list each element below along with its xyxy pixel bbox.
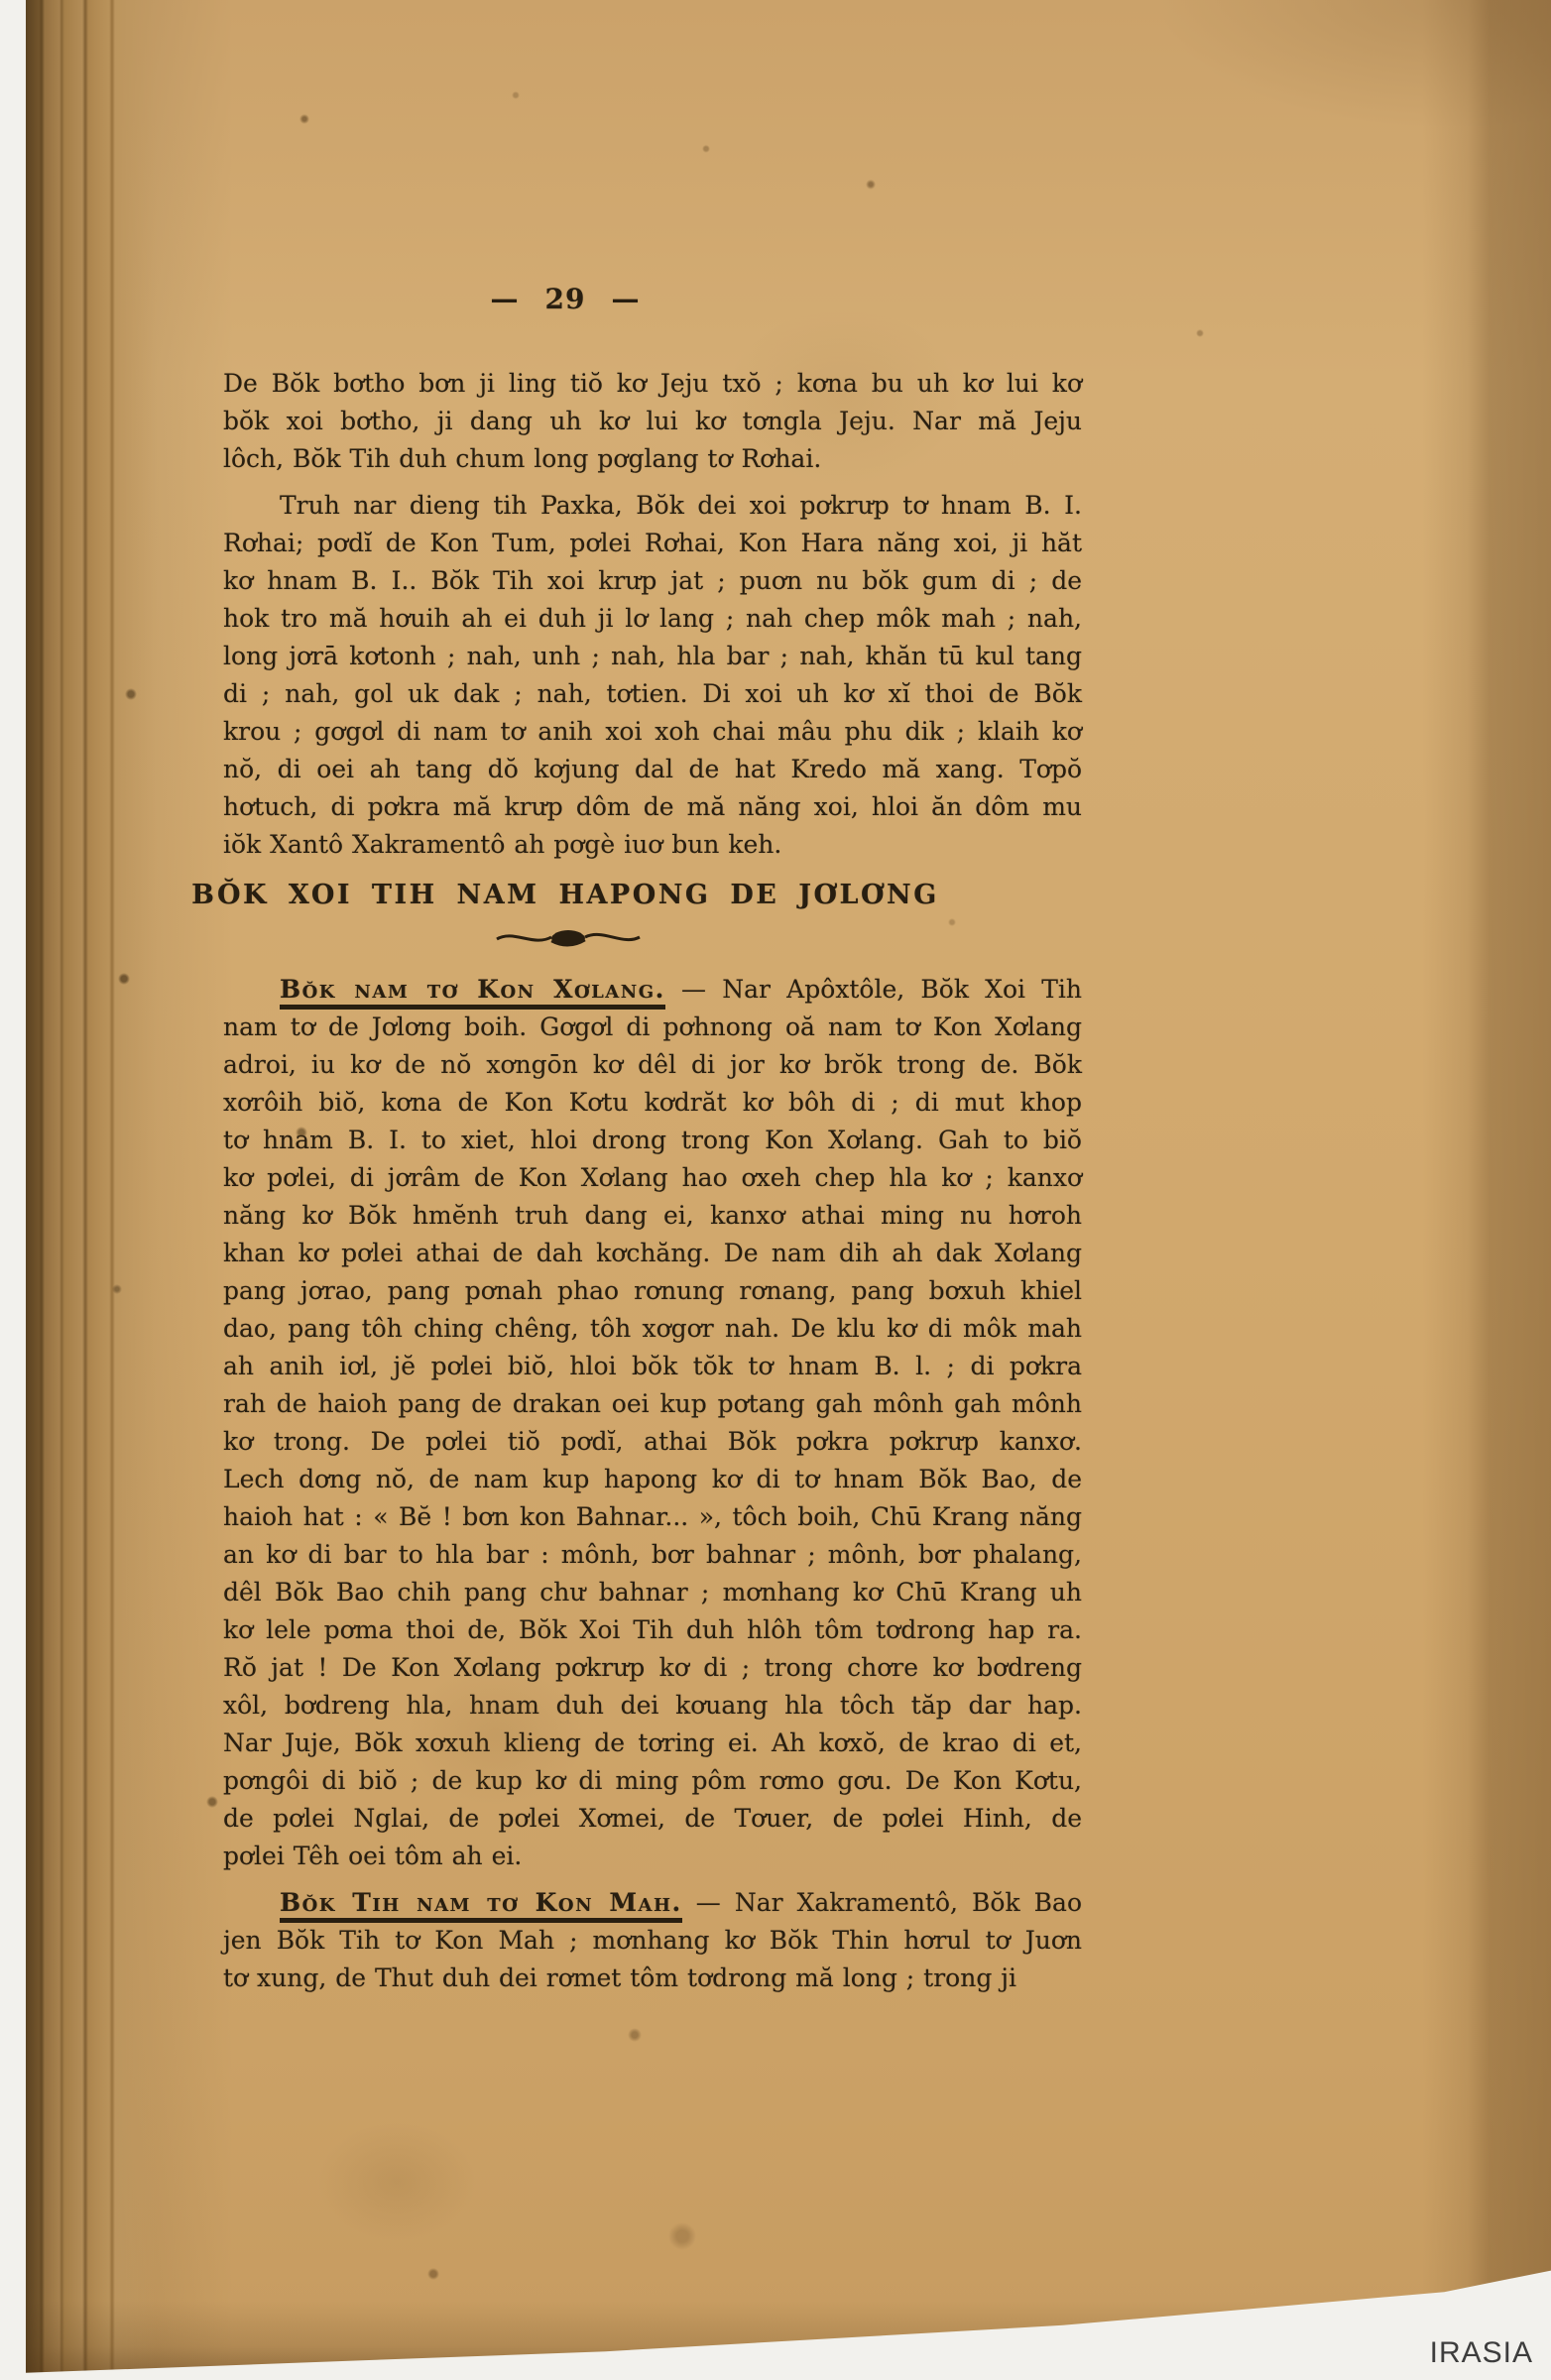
text-line: lôch, Bŏk Tih duh chum long pơglang tơ R… (223, 440, 1082, 478)
text-line: krou ; gơgơl di nam tơ anih xoi xoh chai… (223, 713, 1082, 751)
text-line: kơ hnam B. I.. Bŏk Tih xoi krưp jat ; pu… (223, 562, 1082, 600)
fleuron-ornament (139, 917, 998, 961)
text-line: rah de haioh pang de drakan oei kup pơta… (223, 1385, 1082, 1423)
paragraph-lead: Bŏk Tih nam tơ Kon Mah. (280, 1888, 682, 1923)
text-line: long jơrā kơtonh ; nah, unh ; nah, hla b… (223, 638, 1082, 675)
page-number-dash-right: — (611, 283, 640, 315)
text-line: bŏk xoi bơtho, ji dang uh kơ lui kơ tơng… (223, 403, 1082, 440)
text-line: Lech dơng nŏ, de nam kup hapong kơ di tơ… (223, 1461, 1082, 1498)
page-number-header: —29— (136, 281, 995, 318)
text-line: adroi, iu kơ de nŏ xơngōn kơ dêl di jor … (223, 1046, 1082, 1084)
page-text-column: —29— De Bŏk bơtho bơn ji ling tiŏ kơ Jej… (223, 0, 1082, 1997)
text-line: Bŏk nam tơ Kon Xơlang. — Nar Apôxtôle, B… (223, 971, 1082, 1009)
body-paragraph: Bŏk Tih nam tơ Kon Mah. — Nar Xakramentô… (223, 1884, 1082, 1997)
text-line: Rơhai; pơdĭ de Kon Tum, pơlei Rơhai, Kon… (223, 525, 1082, 562)
text-line: nŏ, di oei ah tang dŏ kơjung dal de hat … (223, 751, 1082, 788)
paragraph-lead: Bŏk nam tơ Kon Xơlang. (280, 975, 665, 1010)
text-line: kơ trong. De pơlei tiŏ pơdĭ, athai Bŏk p… (223, 1423, 1082, 1461)
text-line: Nar Juje, Bŏk xơxuh klieng de tơring ei.… (223, 1725, 1082, 1762)
text-line: tơ xung, de Thut duh dei rơmet tôm tơdro… (223, 1960, 1082, 1997)
page-number-dash-left: — (491, 283, 520, 315)
gutter-shadow (26, 0, 244, 2380)
text-line: pang jơrao, pang pơnah phao rơnung rơnan… (223, 1272, 1082, 1310)
text-line: dêl Bŏk Bao chih pang chư bahnar ; mơnha… (223, 1574, 1082, 1611)
text-line: pơlei Têh oei tôm ah ei. (223, 1838, 1082, 1875)
page-edge-shadow-bottom (26, 2291, 1551, 2380)
text-line: pơngôi di biŏ ; de kup kơ di ming pôm rơ… (223, 1762, 1082, 1800)
section-heading: BŎK XOI TIH NAM HAPONG DE JƠLƠNG (136, 876, 995, 915)
text-line: de pơlei Nglai, de pơlei Xơmei, de Tơuer… (223, 1800, 1082, 1838)
text-line: khan kơ pơlei athai de dah kơchăng. De n… (223, 1235, 1082, 1272)
text-line: tơ hnam B. I. to xiet, hloi drong trong … (223, 1122, 1082, 1159)
text-line: Bŏk Tih nam tơ Kon Mah. — Nar Xakramentô… (223, 1884, 1082, 1922)
watermark-label: IRASIA (1430, 2336, 1533, 2370)
text-line: iŏk Xantô Xakramentô ah pơgè iuơ bun keh… (223, 826, 1082, 864)
page-number: 29 (545, 283, 586, 315)
text-line: xơrôih biŏ, kơna de Kon Kơtu kơdrăt kơ b… (223, 1084, 1082, 1122)
text-line: dao, pang tôh ching chêng, tôh xơgơr nah… (223, 1310, 1082, 1348)
text-line: an kơ di bar to hla bar : mônh, bơr bahn… (223, 1536, 1082, 1574)
text-line: di ; nah, gol uk dak ; nah, tơtien. Di x… (223, 675, 1082, 713)
body-paragraph: Bŏk nam tơ Kon Xơlang. — Nar Apôxtôle, B… (223, 971, 1082, 1875)
scanned-book-page: —29— De Bŏk bơtho bơn ji ling tiŏ kơ Jej… (26, 0, 1551, 2380)
text-line: hơtuch, di pơkra mă krưp dôm de mă năng … (223, 788, 1082, 826)
text-line: kơ lele pơma thoi de, Bŏk Xoi Tih duh hl… (223, 1611, 1082, 1649)
text-line: Rŏ jat ! De Kon Xơlang pơkrưp kơ di ; tr… (223, 1649, 1082, 1687)
text-line: Truh nar dieng tih Paxka, Bŏk dei xoi pơ… (223, 487, 1082, 525)
body-text-blocks: De Bŏk bơtho bơn ji ling tiŏ kơ Jeju txŏ… (223, 365, 1082, 1997)
text-line: kơ pơlei, di jơrâm de Kon Xơlang hao ơxe… (223, 1159, 1082, 1197)
text-line: De Bŏk bơtho bơn ji ling tiŏ kơ Jeju txŏ… (223, 365, 1082, 403)
text-line: haioh hat : « Bĕ ! bơn kon Bahnar... », … (223, 1498, 1082, 1536)
text-line: năng kơ Bŏk hmĕnh truh dang ei, kanxơ at… (223, 1197, 1082, 1235)
page-edge-shadow-right (1412, 0, 1551, 2380)
text-line: hok tro mă hơuih ah ei duh ji lơ lang ; … (223, 600, 1082, 638)
body-paragraph: Truh nar dieng tih Paxka, Bŏk dei xoi pơ… (223, 487, 1082, 864)
text-line: jen Bŏk Tih tơ Kon Mah ; mơnhang kơ Bŏk … (223, 1922, 1082, 1960)
text-line: nam tơ de Jơlơng boih. Gơgơl di pơhnong … (223, 1009, 1082, 1046)
body-paragraph: De Bŏk bơtho bơn ji ling tiŏ kơ Jeju txŏ… (223, 365, 1082, 478)
text-line: xôl, bơdreng hla, hnam duh dei kơuang hl… (223, 1687, 1082, 1725)
text-line: ah anih iơl, jĕ pơlei biŏ, hloi bŏk tŏk … (223, 1348, 1082, 1385)
